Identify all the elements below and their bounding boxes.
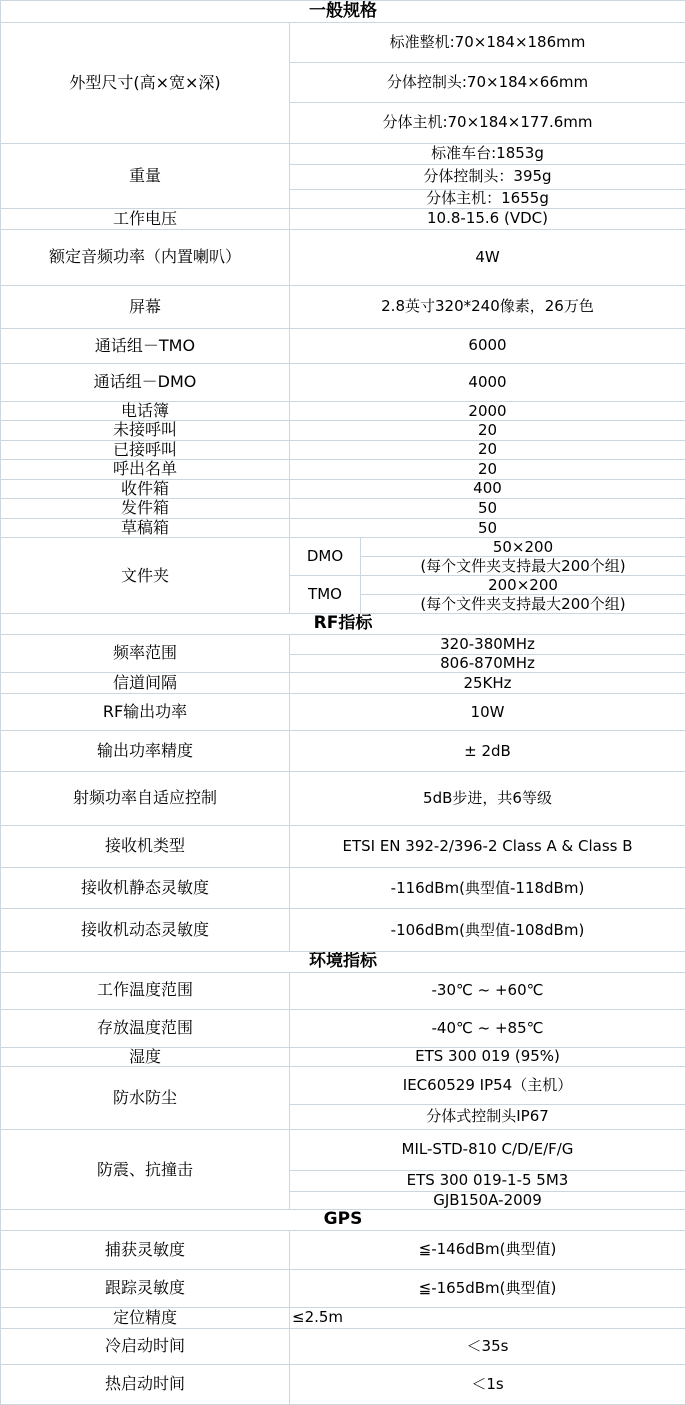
table-row: 工作温度范围 -30℃ ~ +60℃	[1, 972, 686, 1009]
table-row: 收件箱 400	[1, 479, 686, 498]
table-row: 防震、抗撞击 MIL-STD-810 C/D/E/F/G	[1, 1130, 686, 1171]
inbox-label: 收件箱	[1, 479, 290, 498]
outbox-value: 50	[290, 498, 686, 518]
phonebook-label: 电话簿	[1, 402, 290, 421]
folders-dmo-capacity: 50×200	[361, 538, 686, 557]
table-row: 频率范围 320-380MHz	[1, 634, 686, 654]
table-row: 文件夹 DMO 50×200	[1, 538, 686, 557]
frequency-range-label: 频率范围	[1, 634, 290, 672]
table-row: 定位精度 ≤2.5m	[1, 1307, 686, 1328]
drafts-value: 50	[290, 518, 686, 537]
voltage-label: 工作电压	[1, 209, 290, 230]
table-row: 草稿箱 50	[1, 518, 686, 537]
table-row: RF输出功率 10W	[1, 694, 686, 731]
outbox-label: 发件箱	[1, 498, 290, 518]
table-row: 通话组－DMO 4000	[1, 364, 686, 402]
table-row: 冷启动时间 ＜35s	[1, 1328, 686, 1364]
acquisition-sensitivity-label: 捕获灵敏度	[1, 1230, 290, 1269]
folders-tmo-label: TMO	[290, 576, 361, 614]
table-row: 信道间隔 25KHz	[1, 673, 686, 694]
receiver-type-value: ETSI EN 392-2/396-2 Class A & Class B	[290, 826, 686, 868]
talkgroup-dmo-value: 4000	[290, 364, 686, 402]
table-row: 通话组－TMO 6000	[1, 329, 686, 364]
table-row: 存放温度范围 -40℃ ~ +85℃	[1, 1009, 686, 1047]
receiver-type-label: 接收机类型	[1, 826, 290, 868]
table-row: 发件箱 50	[1, 498, 686, 518]
dialed-list-value: 20	[290, 460, 686, 479]
missed-calls-label: 未接呼叫	[1, 421, 290, 440]
cold-start-label: 冷启动时间	[1, 1328, 290, 1364]
operating-temp-label: 工作温度范围	[1, 972, 290, 1009]
weight-value-main-unit: 分体主机：1655g	[290, 190, 686, 209]
received-calls-label: 已接呼叫	[1, 440, 290, 459]
dimensions-label: 外型尺寸(高×宽×深)	[1, 23, 290, 144]
table-row: 湿度 ETS 300 019 (95%)	[1, 1047, 686, 1066]
folders-tmo-note: (每个文件夹支持最大200个组)	[361, 595, 686, 614]
hot-start-label: 热启动时间	[1, 1364, 290, 1404]
acquisition-sensitivity-value: ≦-146dBm(典型值)	[290, 1230, 686, 1269]
table-row: 工作电压 10.8-15.6 (VDC)	[1, 209, 686, 230]
audio-power-value: 4W	[290, 230, 686, 286]
channel-spacing-label: 信道间隔	[1, 673, 290, 694]
waterproof-label: 防水防尘	[1, 1067, 290, 1130]
dimensions-value-standard: 标准整机:70×184×186mm	[290, 23, 686, 63]
shock-value-1: MIL-STD-810 C/D/E/F/G	[290, 1130, 686, 1171]
adaptive-power-label: 射频功率自适应控制	[1, 772, 290, 826]
adaptive-power-value: 5dB步进，共6等级	[290, 772, 686, 826]
section-title-rf: RF指标	[1, 614, 686, 635]
section-header-rf: RF指标	[1, 614, 686, 635]
folders-dmo-label: DMO	[290, 538, 361, 576]
folders-label: 文件夹	[1, 538, 290, 614]
dialed-list-label: 呼出名单	[1, 460, 290, 479]
weight-value-standard: 标准车台:1853g	[290, 144, 686, 165]
shock-value-2: ETS 300 019-1-5 5M3	[290, 1171, 686, 1192]
waterproof-value-2: 分体式控制头IP67	[290, 1105, 686, 1130]
talkgroup-dmo-label: 通话组－DMO	[1, 364, 290, 402]
channel-spacing-value: 25KHz	[290, 673, 686, 694]
screen-label: 屏幕	[1, 286, 290, 329]
received-calls-value: 20	[290, 440, 686, 459]
table-row: 额定音频功率（内置喇叭） 4W	[1, 230, 686, 286]
positioning-accuracy-label: 定位精度	[1, 1307, 290, 1328]
phonebook-value: 2000	[290, 402, 686, 421]
talkgroup-tmo-label: 通话组－TMO	[1, 329, 290, 364]
section-title-general: 一般规格	[1, 1, 686, 23]
table-row: 捕获灵敏度 ≦-146dBm(典型值)	[1, 1230, 686, 1269]
weight-value-control-head: 分体控制头：395g	[290, 165, 686, 190]
table-row: 热启动时间 ＜1s	[1, 1364, 686, 1404]
folders-dmo-note: (每个文件夹支持最大200个组)	[361, 557, 686, 576]
table-row: 外型尺寸(高×宽×深) 标准整机:70×184×186mm	[1, 23, 686, 63]
section-title-environment: 环境指标	[1, 952, 686, 973]
power-accuracy-value: ± 2dB	[290, 731, 686, 772]
shock-value-3: GJB150A-2009	[290, 1192, 686, 1210]
table-row: 接收机动态灵敏度 -106dBm(典型值-108dBm)	[1, 909, 686, 952]
waterproof-value-1: IEC60529 IP54（主机）	[290, 1067, 686, 1105]
dimensions-value-main-unit: 分体主机:70×184×177.6mm	[290, 103, 686, 144]
receiver-static-sensitivity-value: -116dBm(典型值-118dBm)	[290, 868, 686, 909]
shock-label: 防震、抗撞击	[1, 1130, 290, 1210]
folders-tmo-capacity: 200×200	[361, 576, 686, 595]
table-row: 输出功率精度 ± 2dB	[1, 731, 686, 772]
missed-calls-value: 20	[290, 421, 686, 440]
tracking-sensitivity-label: 跟踪灵敏度	[1, 1269, 290, 1307]
humidity-value: ETS 300 019 (95%)	[290, 1047, 686, 1066]
section-title-gps: GPS	[1, 1210, 686, 1231]
table-row: 屏幕 2.8英寸320*240像素，26万色	[1, 286, 686, 329]
section-header-gps: GPS	[1, 1210, 686, 1231]
output-power-label: RF输出功率	[1, 694, 290, 731]
talkgroup-tmo-value: 6000	[290, 329, 686, 364]
table-row: 电话簿 2000	[1, 402, 686, 421]
table-row: 呼出名单 20	[1, 460, 686, 479]
receiver-dynamic-sensitivity-value: -106dBm(典型值-108dBm)	[290, 909, 686, 952]
operating-temp-value: -30℃ ~ +60℃	[290, 972, 686, 1009]
cold-start-value: ＜35s	[290, 1328, 686, 1364]
hot-start-value: ＜1s	[290, 1364, 686, 1404]
frequency-range-value-2: 806-870MHz	[290, 654, 686, 672]
positioning-accuracy-value: ≤2.5m	[290, 1307, 686, 1328]
section-header-general: 一般规格	[1, 1, 686, 23]
dimensions-value-control-head: 分体控制头:70×184×66mm	[290, 63, 686, 103]
weight-label: 重量	[1, 144, 290, 209]
table-row: 已接呼叫 20	[1, 440, 686, 459]
table-row: 防水防尘 IEC60529 IP54（主机）	[1, 1067, 686, 1105]
tracking-sensitivity-value: ≦-165dBm(典型值)	[290, 1269, 686, 1307]
table-row: 跟踪灵敏度 ≦-165dBm(典型值)	[1, 1269, 686, 1307]
receiver-static-sensitivity-label: 接收机静态灵敏度	[1, 868, 290, 909]
power-accuracy-label: 输出功率精度	[1, 731, 290, 772]
output-power-value: 10W	[290, 694, 686, 731]
storage-temp-value: -40℃ ~ +85℃	[290, 1009, 686, 1047]
humidity-label: 湿度	[1, 1047, 290, 1066]
section-header-environment: 环境指标	[1, 952, 686, 973]
table-row: 射频功率自适应控制 5dB步进，共6等级	[1, 772, 686, 826]
drafts-label: 草稿箱	[1, 518, 290, 537]
table-row: 重量 标准车台:1853g	[1, 144, 686, 165]
storage-temp-label: 存放温度范围	[1, 1009, 290, 1047]
receiver-dynamic-sensitivity-label: 接收机动态灵敏度	[1, 909, 290, 952]
table-row: 接收机类型 ETSI EN 392-2/396-2 Class A & Clas…	[1, 826, 686, 868]
spec-table: 一般规格 外型尺寸(高×宽×深) 标准整机:70×184×186mm 分体控制头…	[0, 0, 686, 1405]
audio-power-label: 额定音频功率（内置喇叭）	[1, 230, 290, 286]
screen-value: 2.8英寸320*240像素，26万色	[290, 286, 686, 329]
inbox-value: 400	[290, 479, 686, 498]
table-row: 未接呼叫 20	[1, 421, 686, 440]
frequency-range-value-1: 320-380MHz	[290, 634, 686, 654]
voltage-value: 10.8-15.6 (VDC)	[290, 209, 686, 230]
table-row: 接收机静态灵敏度 -116dBm(典型值-118dBm)	[1, 868, 686, 909]
